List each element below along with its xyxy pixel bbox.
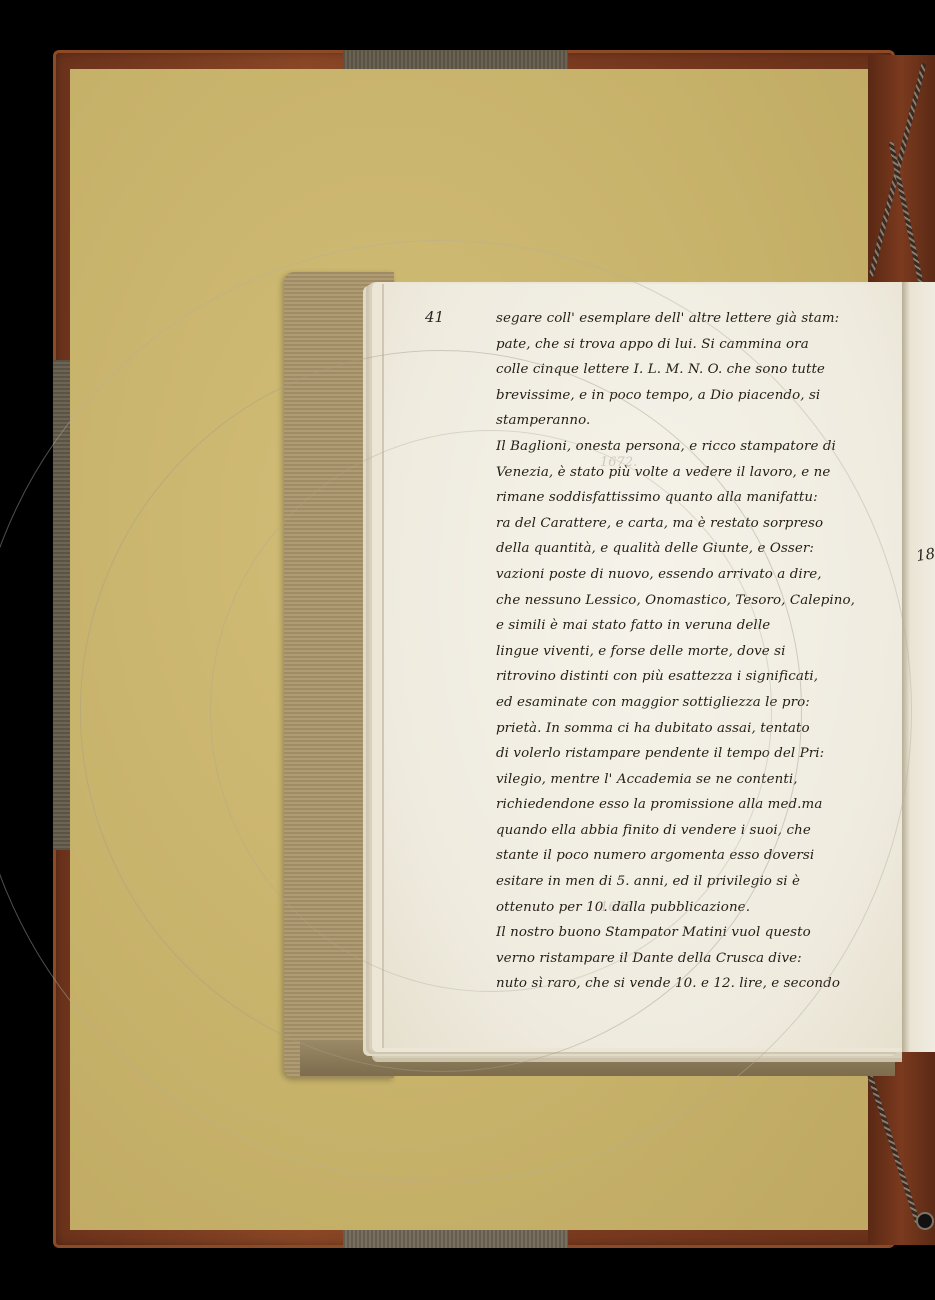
folio-number: 41: [425, 308, 444, 326]
text-line: stamperanno.: [496, 408, 868, 434]
text-line: ed esaminate con maggior sottigliezza le…: [496, 690, 868, 716]
text-line: di volerlo ristampare pendente il tempo …: [496, 741, 868, 767]
text-line: che nessuno Lessico, Onomastico, Tesoro,…: [496, 588, 868, 614]
text-line: prietà. In somma ci ha dubitato assai, t…: [496, 716, 868, 742]
text-line: della quantità, e qualità delle Giunte, …: [496, 536, 868, 562]
text-line: brevissime, e in poco tempo, a Dio piace…: [496, 383, 868, 409]
text-line: pate, che si trova appo di lui. Si cammi…: [496, 332, 868, 358]
text-line: ottenuto per 10. dalla pubblicazione.: [496, 895, 868, 921]
cloth-band-left: [53, 360, 70, 850]
text-line: Venezia, è stato più volte a vedere il l…: [496, 460, 868, 486]
text-line: quando ella abbia finito di vendere i su…: [496, 818, 868, 844]
grommet-icon: [916, 1212, 934, 1230]
text-line: verno ristampare il Dante della Crusca d…: [496, 946, 868, 972]
text-line: e simili è mai stato fatto in veruna del…: [496, 613, 868, 639]
facing-page-edge: [902, 282, 935, 1052]
text-line: ra del Carattere, e carta, ma è restato …: [496, 511, 868, 537]
text-line: esitare in men di 5. anni, ed il privile…: [496, 869, 868, 895]
text-line: nuto sì raro, che si vende 10. e 12. lir…: [496, 971, 868, 997]
text-line: lingue viventi, e forse delle morte, dov…: [496, 639, 868, 665]
text-line: Il nostro buono Stampator Matini vuol qu…: [496, 920, 868, 946]
text-line: segare coll' esemplare dell' altre lette…: [496, 306, 868, 332]
text-line: stante il poco numero argomenta esso dov…: [496, 843, 868, 869]
text-line: rimane soddisfattissimo quanto alla mani…: [496, 485, 868, 511]
text-line: ritrovino distinti con più esattezza i s…: [496, 664, 868, 690]
text-line: vilegio, mentre l' Accademia se ne conte…: [496, 767, 868, 793]
text-line: Il Baglioni, onesta persona, e ricco sta…: [496, 434, 868, 460]
text-line: vazioni poste di nuovo, essendo arrivato…: [496, 562, 868, 588]
cloth-band-bottom: [343, 1230, 568, 1248]
facing-page-number: 183: [915, 543, 935, 565]
cloth-band-top: [343, 50, 568, 70]
text-line: colle cinque lettere I. L. M. N. O. che …: [496, 357, 868, 383]
handwritten-text: segare coll' esemplare dell' altre lette…: [496, 306, 868, 997]
text-line: richiedendone esso la promissione alla m…: [496, 792, 868, 818]
